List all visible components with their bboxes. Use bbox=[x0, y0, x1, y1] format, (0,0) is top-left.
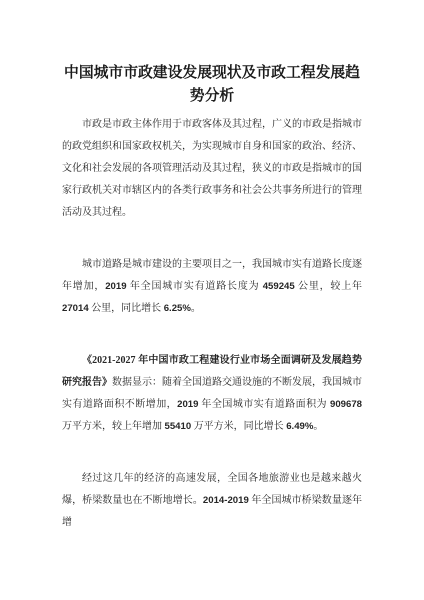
bold-text-run: 2019 bbox=[105, 281, 126, 292]
text-run: 万平方米，同比增长 bbox=[191, 421, 286, 432]
bold-text-run: 459245 bbox=[263, 281, 295, 292]
text-run: 。 bbox=[313, 421, 323, 432]
paragraph: 市政是市政主体作用于市政客体及其过程，广义的市政是指城市的政党组织和国家政权机关… bbox=[62, 114, 362, 224]
bold-text-run: 27014 bbox=[62, 303, 89, 314]
text-run: 万平方米，较上年增加 bbox=[62, 421, 165, 432]
document-content: 中国城市市政建设发展现状及市政工程发展趋势分析 市政是市政主体作用于市政客体及其… bbox=[0, 0, 424, 534]
text-run: 公里，同比增长 bbox=[89, 303, 164, 314]
bold-text-run: 2014-2019 bbox=[203, 495, 249, 506]
bold-text-run: 6.49% bbox=[286, 421, 313, 432]
text-run: 市政是市政主体作用于市政客体及其过程，广义的市政是指城市的政党组织和国家政权机关… bbox=[62, 119, 362, 218]
text-run: 。 bbox=[191, 303, 201, 314]
text-run: 年全国城市实有道路面积为 bbox=[198, 399, 330, 410]
document-page: 中国城市市政建设发展现状及市政工程发展趋势分析 市政是市政主体作用于市政客体及其… bbox=[0, 0, 424, 600]
bold-text-run: 2019 bbox=[177, 399, 198, 410]
bold-text-run: 55410 bbox=[165, 421, 192, 432]
bold-text-run: 6.25% bbox=[164, 303, 191, 314]
document-body: 市政是市政主体作用于市政客体及其过程，广义的市政是指城市的政党组织和国家政权机关… bbox=[62, 114, 362, 534]
document-title: 中国城市市政建设发展现状及市政工程发展趋势分析 bbox=[62, 62, 362, 108]
paragraph: 《2021-2027 年中国市政工程建设行业市场全面调研及发展趋势研究报告》数据… bbox=[62, 350, 362, 438]
bold-text-run: 909678 bbox=[330, 399, 362, 410]
paragraph: 经过这几年的经济的高速发展，全国各地旅游业也是越来越火爆，桥梁数量也在不断地增长… bbox=[62, 468, 362, 534]
text-run: 公里，较上年 bbox=[295, 281, 362, 292]
text-run: 年全国城市实有道路长度为 bbox=[127, 281, 263, 292]
paragraph: 城市道路是城市建设的主要项目之一，我国城市实有道路长度逐年增加，2019 年全国… bbox=[62, 254, 362, 320]
